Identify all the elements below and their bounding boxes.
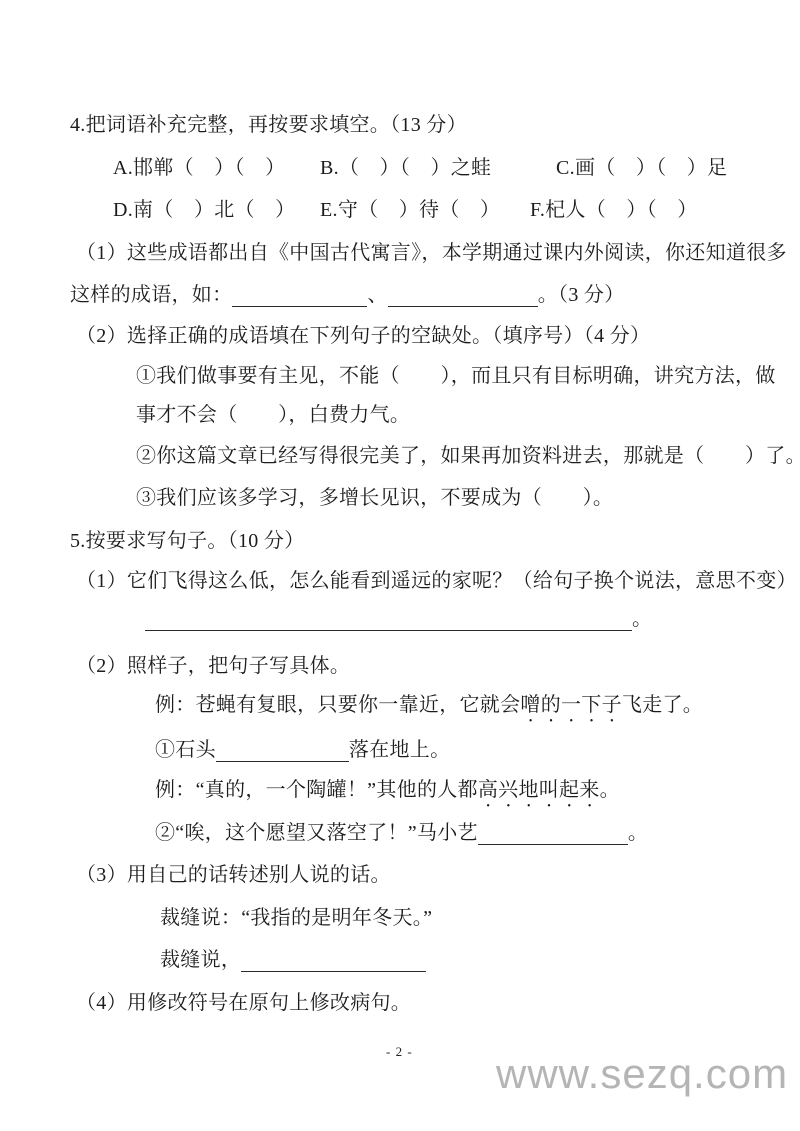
answer-blank [232, 286, 367, 307]
q4-item3: ③我们应该多学习，多增长见识，不要成为（ ）。 [136, 485, 613, 511]
q4-sub1-tail: 。（3 分） [538, 284, 625, 306]
answer-blank [478, 824, 628, 845]
q5-sub1-period: 。 [632, 608, 652, 630]
question-5-title: 5.按要求写句子。（10 分） [70, 528, 305, 554]
q4-sub1-line2: 这样的成语，如：、。（3 分） [70, 282, 625, 308]
q4-sub1-separator: 、 [367, 284, 387, 306]
q5-sub4-title: （4）用修改符号在原句上修改病句。 [76, 990, 411, 1016]
idiom-a: A.邯郸（ ）（ ） [113, 155, 285, 181]
question-4-title: 4.把词语补充完整，再按要求填空。（13 分） [70, 112, 467, 138]
q5-sub1-answer-line: 。 [145, 606, 652, 632]
idiom-e: E.守（ ）待（ ） [320, 197, 500, 223]
q5-sub2-title: （2）照样子，把句子写具体。 [76, 653, 350, 679]
example2-tail: 。 [600, 779, 620, 801]
q5-example-1: 例：苍蝇有复眼，只要你一靠近，它就会噌的一下子飞走了。 [155, 692, 703, 727]
item1-lead: ①石头 [155, 739, 216, 761]
q5-sub1-title: （1）它们飞得这么低，怎么能看到遥远的家呢？（给句子换个说法，意思不变） [76, 568, 797, 594]
answer-blank [216, 741, 349, 762]
q5-sub3-answer-line: 裁缝说， [160, 947, 426, 973]
idiom-b: B.（ ）（ ）之蛙 [320, 155, 491, 181]
exam-page: 4.把词语补充完整，再按要求填空。（13 分） A.邯郸（ ）（ ） B.（ ）… [0, 0, 800, 1131]
idiom-d: D.南（ ）北（ ） [113, 197, 295, 223]
example1-lead: 例：苍蝇有复眼，只要你一靠近，它就会 [155, 694, 520, 716]
q4-item1-line2: 事才不会（ ），白费力气。 [136, 402, 410, 428]
example2-emphasized-text: 高兴地叫起来 [478, 779, 600, 801]
answer-blank [388, 286, 538, 307]
q4-sub2-title: （2）选择正确的成语填在下列句子的空缺处。（填序号）（4 分） [76, 323, 650, 349]
sub3-lead: 裁缝说， [160, 949, 241, 971]
example1-tail: 飞走了。 [622, 694, 703, 716]
example1-emphasized-text: 噌的一下子 [520, 694, 622, 716]
q5-example-2: 例：“真的，一个陶罐！”其他的人都高兴地叫起来。 [155, 777, 620, 812]
page-number: - 2 - [386, 1044, 413, 1060]
q5-sub3-title: （3）用自己的话转述别人说的话。 [76, 862, 391, 888]
q4-item2: ②你这篇文章已经写得很完美了，如果再加资料进去，那就是（ ）了。 [136, 443, 800, 469]
q5-sub2-item1: ①石头落在地上。 [155, 737, 450, 763]
item1-tail: 落在地上。 [349, 739, 451, 761]
q5-sub2-item2: ②“唉，这个愿望又落空了！”马小艺。 [155, 820, 648, 846]
q4-sub1-lead: 这样的成语，如： [70, 284, 232, 306]
idiom-c: C.画（ ）（ ）足 [556, 155, 727, 181]
q5-sub3-quote: 裁缝说：“我指的是明年冬天。” [160, 905, 432, 931]
idiom-f: F.杞人（ ）（ ） [530, 197, 698, 223]
answer-blank [241, 951, 426, 972]
q4-sub1-line1: （1）这些成语都出自《中国古代寓言》，本学期通过课内外阅读，你还知道很多 [76, 240, 787, 266]
item2-period: 。 [628, 822, 648, 844]
q4-item1-line1: ①我们做事要有主见，不能（ ），而且只有目标明确，讲究方法，做 [136, 363, 776, 389]
answer-blank [145, 610, 632, 631]
watermark: www.sezq.com [496, 1050, 788, 1098]
item2-lead: ②“唉，这个愿望又落空了！”马小艺 [155, 822, 478, 844]
example2-lead: 例：“真的，一个陶罐！”其他的人都 [155, 779, 478, 801]
